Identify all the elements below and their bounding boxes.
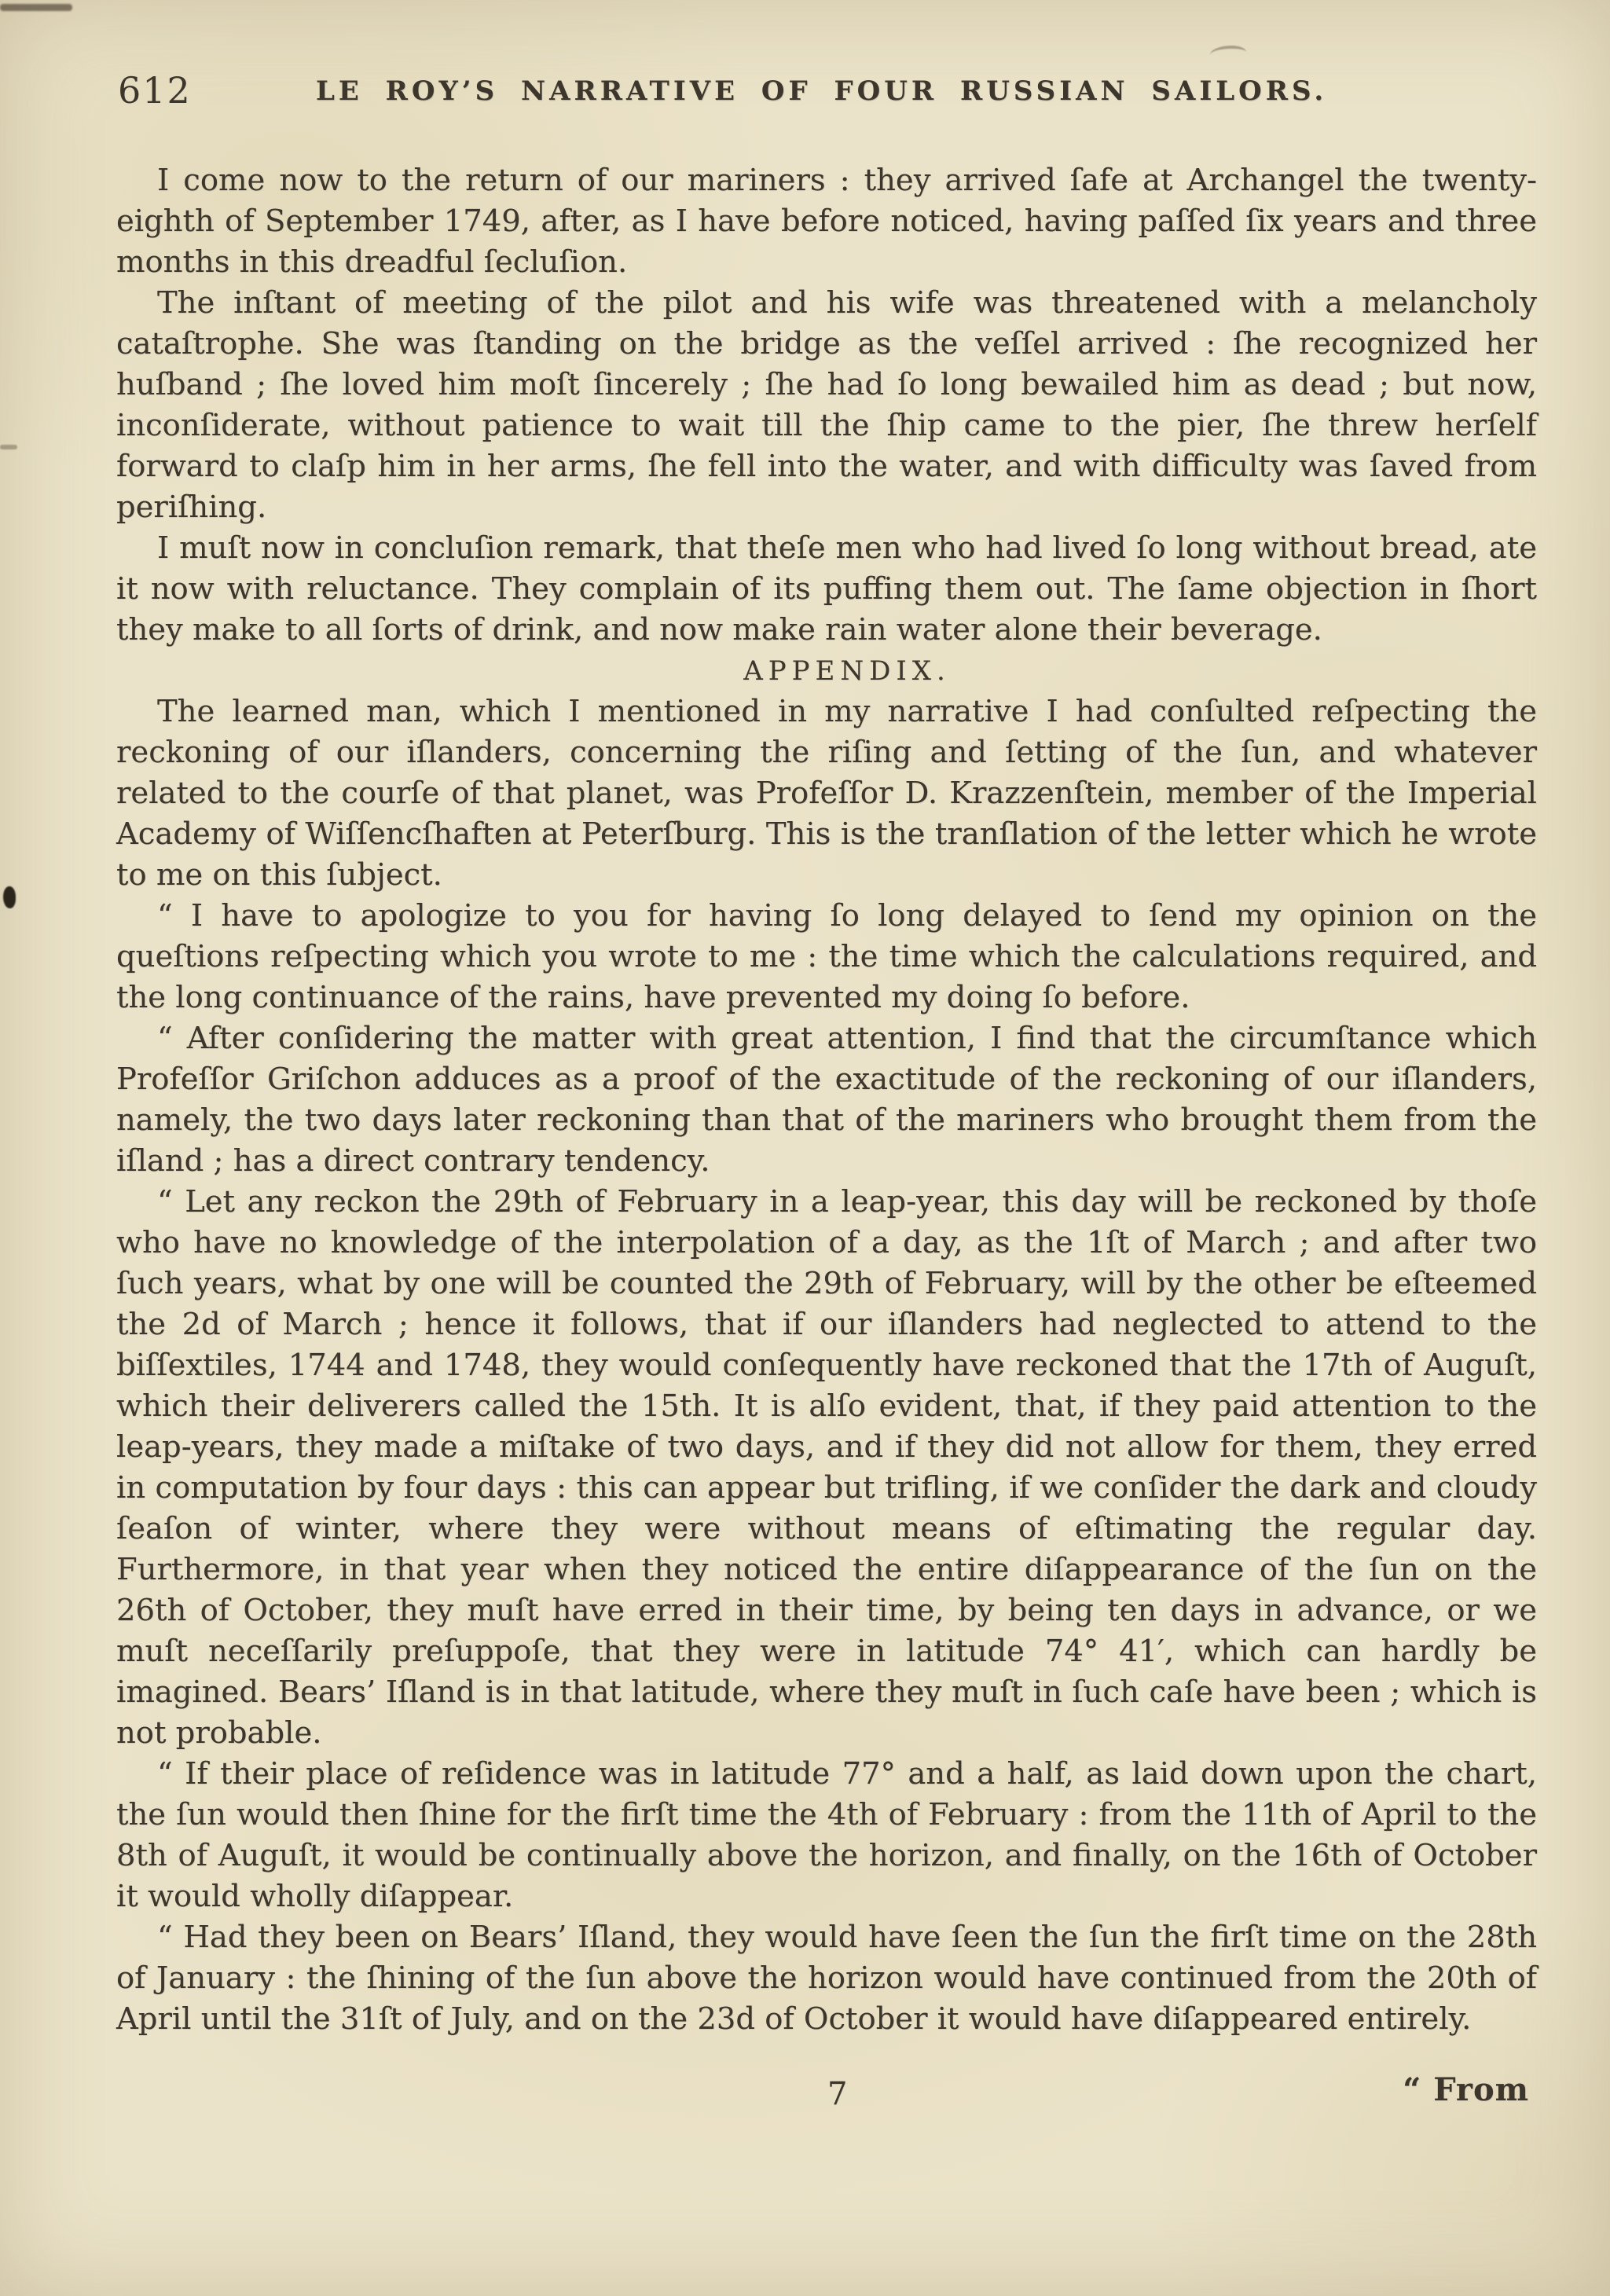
running-head: 612 LE ROY’S NARRATIVE OF FOUR RUSSIAN S…	[118, 69, 1532, 116]
catchword: “ From	[1403, 2071, 1529, 2108]
paragraph: The inſtant of meeting of the pilot and …	[116, 283, 1537, 528]
book-page-scan: 612 LE ROY’S NARRATIVE OF FOUR RUSSIAN S…	[0, 0, 1610, 2296]
paragraph: “ Had they been on Bears’ Iſland, they w…	[116, 1917, 1537, 2040]
running-header-title: LE ROY’S NARRATIVE OF FOUR RUSSIAN SAILO…	[316, 75, 1327, 107]
paragraph: “ I have to apologize to you for having …	[116, 896, 1537, 1018]
ink-speck	[3, 886, 16, 908]
paragraph: “ Let any reckon the 29th of February in…	[116, 1182, 1537, 1754]
appendix-heading: APPENDIX.	[116, 651, 1537, 691]
signature-mark: 7	[827, 2076, 847, 2112]
scan-edge-artifact	[0, 4, 72, 11]
margin-smudge	[0, 445, 17, 449]
page-footer: 7 “ From	[116, 2071, 1537, 2126]
page-number: 612	[118, 69, 192, 112]
body-text-block: I come now to the return of our mariners…	[116, 160, 1537, 2040]
paragraph: I come now to the return of our mariners…	[116, 160, 1537, 283]
paragraph: The learned man, which I mentioned in my…	[116, 691, 1537, 896]
paragraph: I muſt now in concluſion remark, that th…	[116, 528, 1537, 651]
paragraph: “ If their place of reſidence was in lat…	[116, 1754, 1537, 1917]
paragraph: “ After conſidering the matter with grea…	[116, 1018, 1537, 1182]
pencil-mark	[1210, 46, 1246, 61]
